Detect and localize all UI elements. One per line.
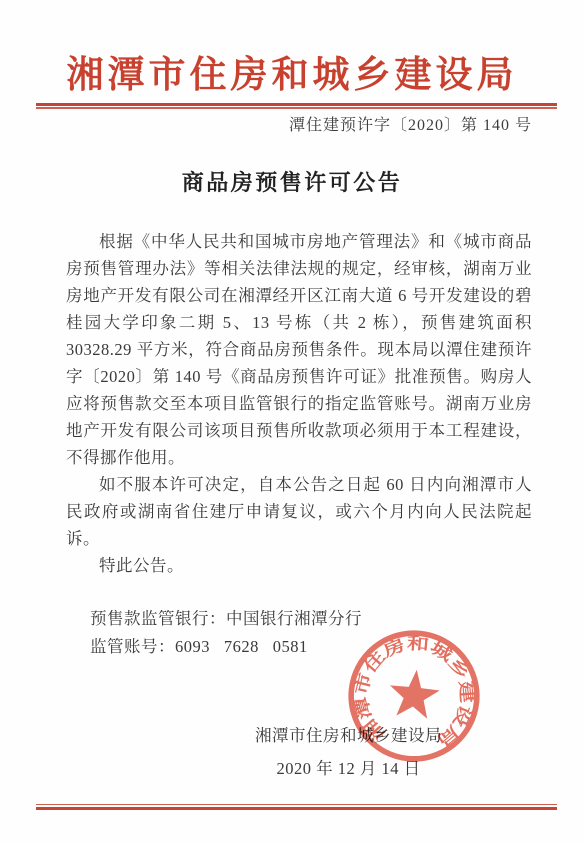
supervision-bank-label: 预售款监管银行： xyxy=(90,609,226,628)
paragraph-closing: 特此公告。 xyxy=(66,552,532,579)
supervision-account-label: 监管账号： xyxy=(90,637,175,656)
supervision-bank-line: 预售款监管银行：中国银行湘潭分行 xyxy=(90,605,532,633)
signature-inner: 湘潭市住房和城乡建设局 2020 年 12 月 14 日 xyxy=(255,719,442,785)
footer-rule-thick xyxy=(36,807,557,810)
supervision-info: 预售款监管银行：中国银行湘潭分行 监管账号：6093 7628 0581 xyxy=(66,605,532,661)
document-body: 根据《中华人民共和国城市房地产管理法》和《城市商品房预售管理办法》等相关法律法规… xyxy=(66,228,532,785)
signature-agency: 湘潭市住房和城乡建设局 xyxy=(255,719,442,752)
supervision-account-value: 6093 7628 0581 xyxy=(175,637,308,656)
header-rule xyxy=(36,103,557,109)
signature-block: 湘潭市住房和城乡建设局 2020 年 12 月 14 日 xyxy=(66,719,532,785)
document-page: 湘潭市住房和城乡建设局 潭住建预许字〔2020〕第 140 号 商品房预售许可公… xyxy=(0,0,584,842)
document-title: 商品房预售许可公告 xyxy=(0,166,584,197)
agency-header: 湘潭市住房和城乡建设局 xyxy=(0,44,584,98)
supervision-bank-value: 中国银行湘潭分行 xyxy=(226,609,362,628)
paragraph-legal-basis: 根据《中华人民共和国城市房地产管理法》和《城市商品房预售管理办法》等相关法律法规… xyxy=(66,228,532,471)
footer-rule-thin xyxy=(36,804,557,805)
supervision-account-line: 监管账号：6093 7628 0581 xyxy=(90,633,532,661)
signature-date: 2020 年 12 月 14 日 xyxy=(255,752,442,785)
footer-rule xyxy=(36,804,557,810)
header-rule-thin xyxy=(36,107,557,108)
document-number: 潭住建预许字〔2020〕第 140 号 xyxy=(289,112,532,135)
paragraph-appeal-rights: 如不服本许可决定，自本公告之日起 60 日内向湘潭市人民政府或湖南省住建厅申请复… xyxy=(66,471,532,552)
